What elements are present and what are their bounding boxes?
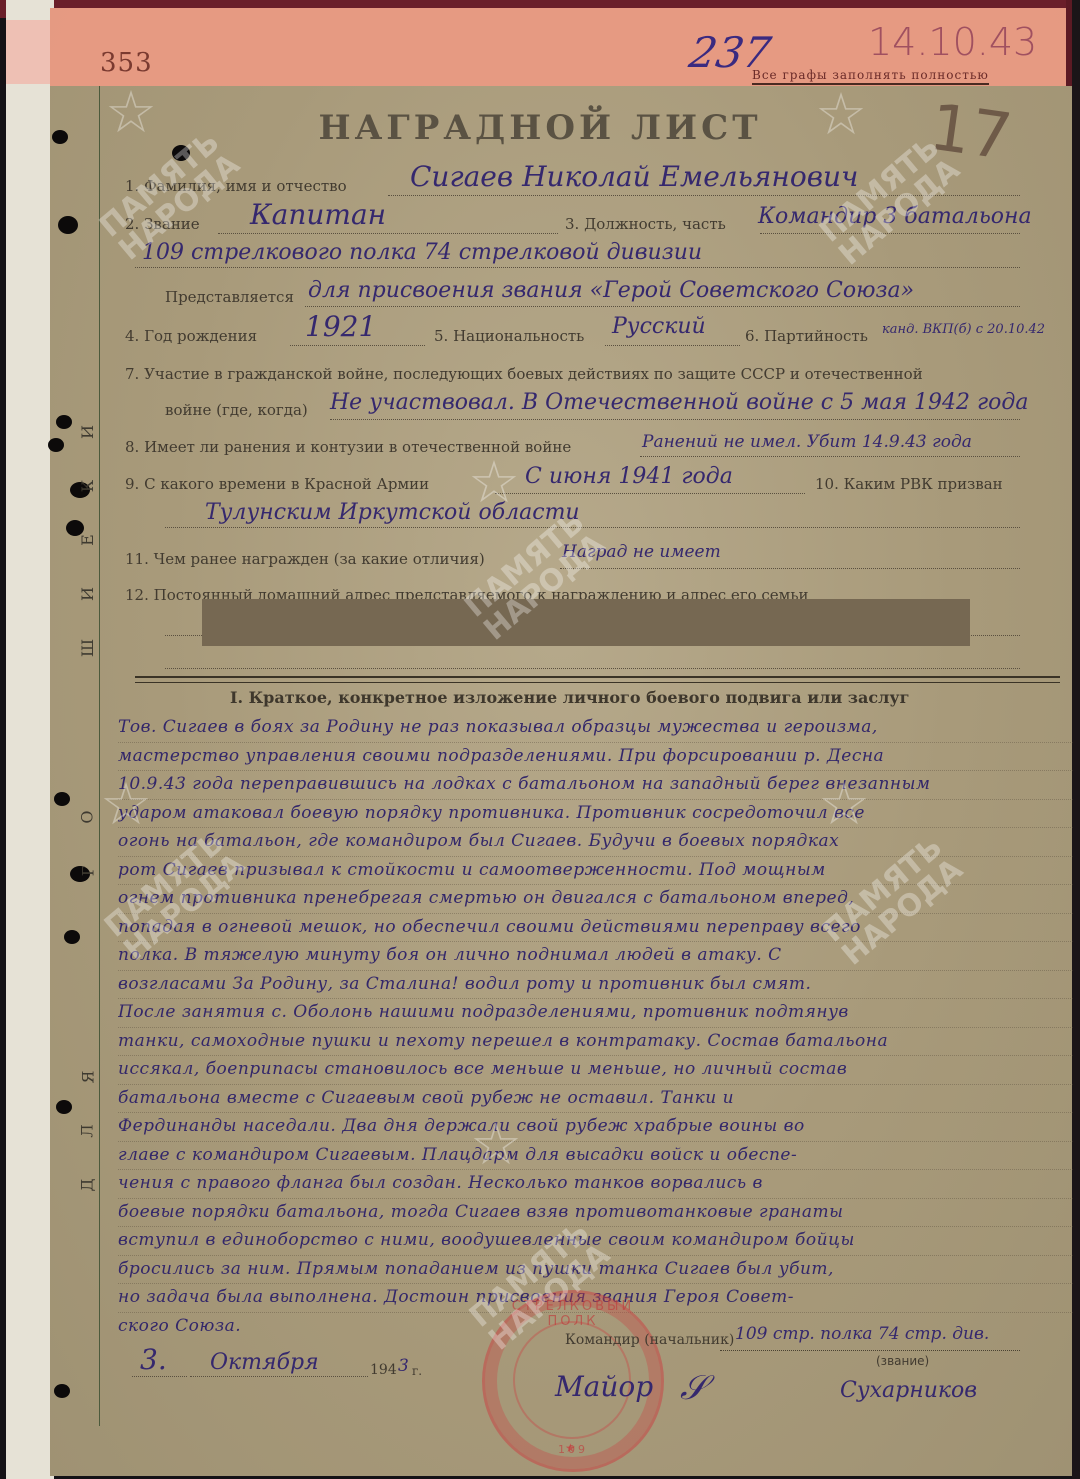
field-nationality-value: Русский bbox=[612, 314, 706, 339]
field-line bbox=[290, 345, 425, 346]
margin-letter: Я bbox=[61, 1071, 115, 1084]
field-line bbox=[135, 267, 1020, 268]
narrative-line: полка. В тяжелую минуту боя он лично под… bbox=[118, 942, 1073, 971]
field-rank-value: Капитан bbox=[250, 198, 386, 231]
field-war-participation-label: 7. Участие в гражданской войне, последую… bbox=[125, 365, 923, 383]
field-name-value: Сигаев Николай Емельянович bbox=[410, 160, 858, 193]
field-position-label: 3. Должность, часть bbox=[565, 215, 726, 233]
signer-rank: Майор bbox=[555, 1370, 653, 1403]
signature-scribble: 𝒮 bbox=[680, 1368, 706, 1408]
field-position-value: Командир 3 батальона bbox=[758, 204, 1032, 229]
field-line bbox=[640, 456, 1020, 457]
margin-letter: О bbox=[61, 810, 115, 823]
left-backing-tint bbox=[6, 20, 54, 84]
punch-hole-icon bbox=[54, 1384, 70, 1398]
redacted-address-block bbox=[202, 599, 970, 646]
binding-margin-line bbox=[99, 86, 100, 1426]
punch-hole-icon bbox=[54, 792, 70, 806]
narrative-line: ударом атаковал боевую порядку противник… bbox=[118, 800, 1073, 829]
star-icon: ★ bbox=[565, 1441, 576, 1455]
field-line bbox=[218, 233, 558, 234]
stamp-text: СТРЕЛКОВЫЙ ПОЛК bbox=[485, 1299, 661, 1329]
right-edge bbox=[1072, 0, 1080, 1479]
field-position-value-cont: 109 стрелкового полка 74 стрелковой диви… bbox=[142, 240, 702, 265]
section-divider bbox=[135, 676, 1060, 683]
rank-caption: (звание) bbox=[876, 1354, 929, 1368]
narrative-line: После занятия с. Оболонь нашими подразде… bbox=[118, 999, 1073, 1028]
field-war-participation-value: Не участвовал. В Отечественной войне с 5… bbox=[330, 390, 1028, 415]
date-year-unit: г. bbox=[412, 1364, 422, 1378]
award-sheet-scan: Д Л Я Г О Ш И Е К И 353 237 14.10.43 Все… bbox=[0, 0, 1080, 1479]
punch-hole-icon bbox=[56, 1100, 72, 1114]
field-war-participation-label-cont: войне (где, когда) bbox=[165, 401, 308, 419]
narrative-line: Фердинанды наседали. Два дня держали сво… bbox=[118, 1113, 1073, 1142]
margin-letter: Д bbox=[61, 1178, 115, 1191]
field-line bbox=[605, 345, 740, 346]
signer-name: Сухарников bbox=[840, 1378, 977, 1403]
field-wounds-label: 8. Имеет ли ранения и контузии в отечест… bbox=[125, 438, 571, 456]
punch-hole-icon bbox=[48, 438, 64, 452]
narrative-line: 10.9.43 года переправившись на лодках с … bbox=[118, 771, 1073, 800]
commander-label: Командир (начальник) bbox=[565, 1332, 734, 1348]
field-name-label: 1. Фамилия, имя и отчество bbox=[125, 177, 347, 195]
field-party-label: 6. Партийность bbox=[745, 327, 868, 345]
archive-number: 353 bbox=[100, 48, 153, 78]
field-line bbox=[388, 195, 1020, 196]
narrative-line: попадая в огневой мешок, но обеспечил св… bbox=[118, 914, 1073, 943]
field-draft-office-value: Тулунским Иркутской области bbox=[205, 500, 580, 525]
binding-margin-label: Г О bbox=[78, 790, 98, 898]
field-rank-label: 2. Звание bbox=[125, 215, 200, 233]
field-line bbox=[760, 233, 1020, 234]
merit-narrative: Тов. Сигаев в боях за Родину не раз пока… bbox=[118, 714, 1073, 1340]
narrative-line: рот Сигаев призывал к стойкости и самоот… bbox=[118, 857, 1073, 886]
field-prior-awards-value: Наград не имеет bbox=[562, 542, 721, 562]
margin-letter: И bbox=[61, 587, 115, 601]
commander-value: 109 стр. полка 74 стр. див. bbox=[735, 1324, 989, 1344]
date-line bbox=[190, 1376, 368, 1377]
narrative-line: вступил в единоборство с ними, воодушевл… bbox=[118, 1227, 1073, 1256]
commander-line bbox=[720, 1350, 1020, 1351]
margin-letter: Ш bbox=[61, 639, 115, 657]
narrative-line: главе с командиром Сигаевым. Плацдарм дл… bbox=[118, 1142, 1073, 1171]
field-line bbox=[495, 493, 805, 494]
date-year-prefix: 194 bbox=[370, 1362, 397, 1378]
narrative-line: иссякал, боеприпасы становилось все мень… bbox=[118, 1056, 1073, 1085]
narrative-line: боевые порядки батальона, тогда Сигаев в… bbox=[118, 1199, 1073, 1228]
field-line bbox=[165, 668, 1020, 669]
narrative-line: огнем противника пренебрегая смертью он … bbox=[118, 885, 1073, 914]
punch-hole-icon bbox=[58, 216, 78, 234]
field-presented-value: для присвоения звания «Герой Советского … bbox=[308, 278, 914, 303]
date-month: Октября bbox=[210, 1350, 319, 1375]
narrative-line: огонь на батальон, где командиром был Си… bbox=[118, 828, 1073, 857]
date-day: 3. bbox=[140, 1343, 167, 1376]
field-birthyear-value: 1921 bbox=[305, 310, 376, 343]
section-heading: I. Краткое, конкретное изложение личного… bbox=[230, 688, 909, 707]
margin-letter: К bbox=[61, 480, 115, 492]
narrative-line: танки, самоходные пушки и пехоту перешел… bbox=[118, 1028, 1073, 1057]
date-line bbox=[132, 1376, 187, 1377]
field-presented-label: Представляется bbox=[165, 288, 294, 306]
left-backing-strip bbox=[6, 0, 54, 1479]
punch-hole-icon bbox=[64, 930, 80, 944]
document-title: НАГРАДНОЙ ЛИСТ bbox=[0, 108, 1080, 148]
narrative-line: возгласами За Родину, за Сталина! водил … bbox=[118, 971, 1073, 1000]
field-draft-office-label: 10. Каким РВК призван bbox=[815, 475, 1003, 493]
field-line bbox=[305, 306, 1020, 307]
margin-letter: Л bbox=[61, 1124, 115, 1137]
margin-letter: И bbox=[61, 425, 115, 439]
field-birthyear-label: 4. Год рождения bbox=[125, 327, 257, 345]
field-army-since-value: С июня 1941 года bbox=[525, 464, 733, 489]
registration-date: 14.10.43 bbox=[868, 20, 1037, 64]
field-party-value: канд. ВКП(б) с 20.10.42 bbox=[882, 322, 1045, 337]
field-prior-awards-label: 11. Чем ранее награжден (за какие отличи… bbox=[125, 550, 485, 568]
margin-letter: Г bbox=[61, 866, 115, 877]
fill-instruction: Все графы заполнять полностью bbox=[752, 68, 989, 85]
narrative-line: мастерство управления своими подразделен… bbox=[118, 743, 1073, 772]
binding-margin-label: Д Л Я bbox=[78, 1050, 98, 1212]
narrative-line: батальона вместе с Сигаевым свой рубеж н… bbox=[118, 1085, 1073, 1114]
narrative-line: бросились за ним. Прямым попаданием из п… bbox=[118, 1256, 1073, 1285]
field-army-since-label: 9. С какого времени в Красной Армии bbox=[125, 475, 429, 493]
field-nationality-label: 5. Национальность bbox=[434, 327, 584, 345]
field-line bbox=[165, 527, 1020, 528]
field-line bbox=[330, 419, 1020, 420]
binding-margin-label: Ш И Е К И bbox=[78, 405, 98, 675]
narrative-line: Тов. Сигаев в боях за Родину не раз пока… bbox=[118, 714, 1073, 743]
date-year-suffix: 3 bbox=[398, 1356, 409, 1376]
margin-letter: Е bbox=[61, 534, 115, 546]
field-wounds-value: Ранений не имел. Убит 14.9.43 года bbox=[642, 432, 972, 452]
field-line bbox=[560, 568, 1020, 569]
narrative-line: чения с правого фланга был создан. Неско… bbox=[118, 1170, 1073, 1199]
